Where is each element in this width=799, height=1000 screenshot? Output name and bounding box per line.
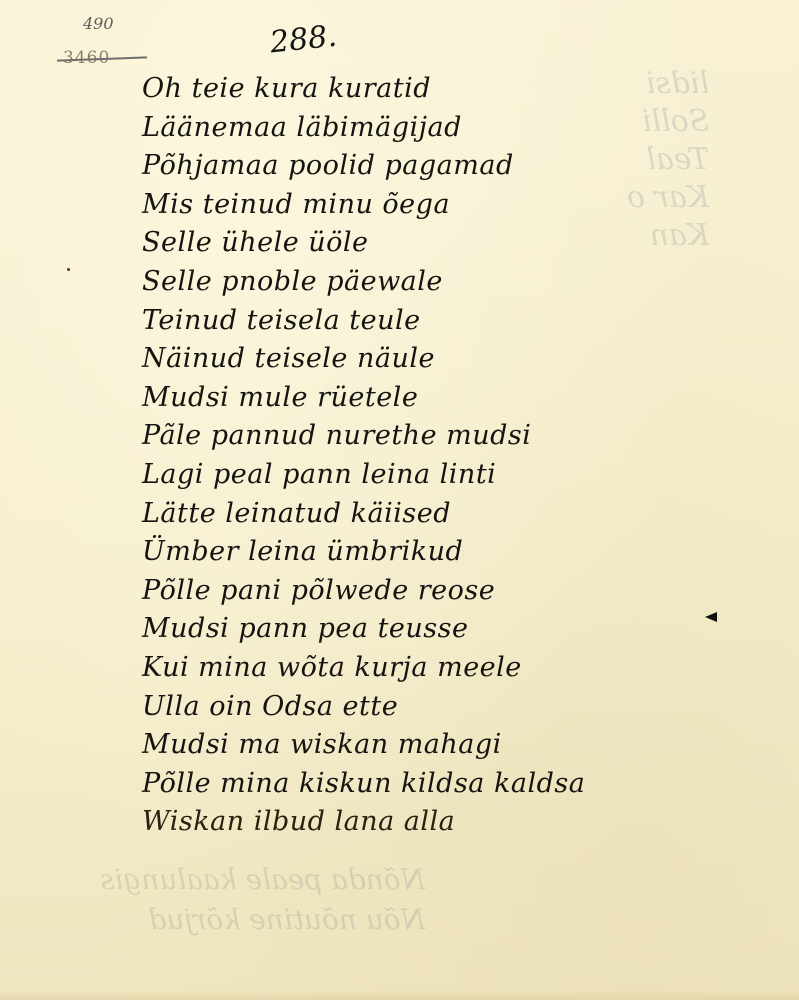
poem-line: Ulla oin Odsa ette (142, 688, 782, 727)
poem-line: Läänemaa läbimägijad (142, 109, 782, 148)
poem-line: Teinud teisela teule (142, 302, 782, 341)
poem-line: Põlle pani põlwede reose (142, 572, 782, 611)
poem-line: Põhjamaa poolid pagamad (142, 147, 782, 186)
bleed-line: Nõnda peale kaalungis (100, 860, 425, 900)
archive-number-struck: 3460 (63, 48, 110, 68)
archive-number-current: 490 (83, 14, 114, 33)
ink-blot (705, 612, 717, 622)
page-number: 288. (268, 19, 338, 61)
poem-line: Pãle pannud nurethe mudsi (142, 417, 782, 456)
poem-line: Mudsi pann pea teusse (142, 610, 782, 649)
poem-line: Lagi peal pann leina linti (142, 456, 782, 495)
poem-line: Põlle mina kiskun kildsa kaldsa (142, 765, 782, 804)
poem-line: Mis teinud minu õega (142, 186, 782, 225)
poem-line: Kui mina wõta kurja meele (142, 649, 782, 688)
poem-line: Näinud teisele näule (142, 340, 782, 379)
ink-speck (67, 268, 70, 271)
poem-line: Ümber leina ümbrikud (142, 533, 782, 572)
bleed-line: Nõu nõutine kõrjud (100, 900, 425, 940)
poem-line: Lätte leinatud käiised (142, 495, 782, 534)
bleedthrough-text-bottom: Nõnda peale kaalungis Nõu nõutine kõrjud (100, 860, 425, 940)
poem-line: Mudsi ma wiskan mahagi (142, 726, 782, 765)
poem-line: Wiskan ilbud lana alla (142, 803, 782, 842)
page-edge (0, 990, 799, 1000)
poem-line: Selle pnoble päewale (142, 263, 782, 302)
manuscript-page: lidsi Solli Teal Kar o Kan Nõnda peale k… (0, 0, 799, 1000)
poem-line: Oh teie kura kuratid (142, 70, 782, 109)
poem-line: Selle ühele üöle (142, 224, 782, 263)
poem-line: Mudsi mule rüetele (142, 379, 782, 418)
poem-text: Oh teie kura kuratid Läänemaa läbimägija… (142, 70, 782, 842)
